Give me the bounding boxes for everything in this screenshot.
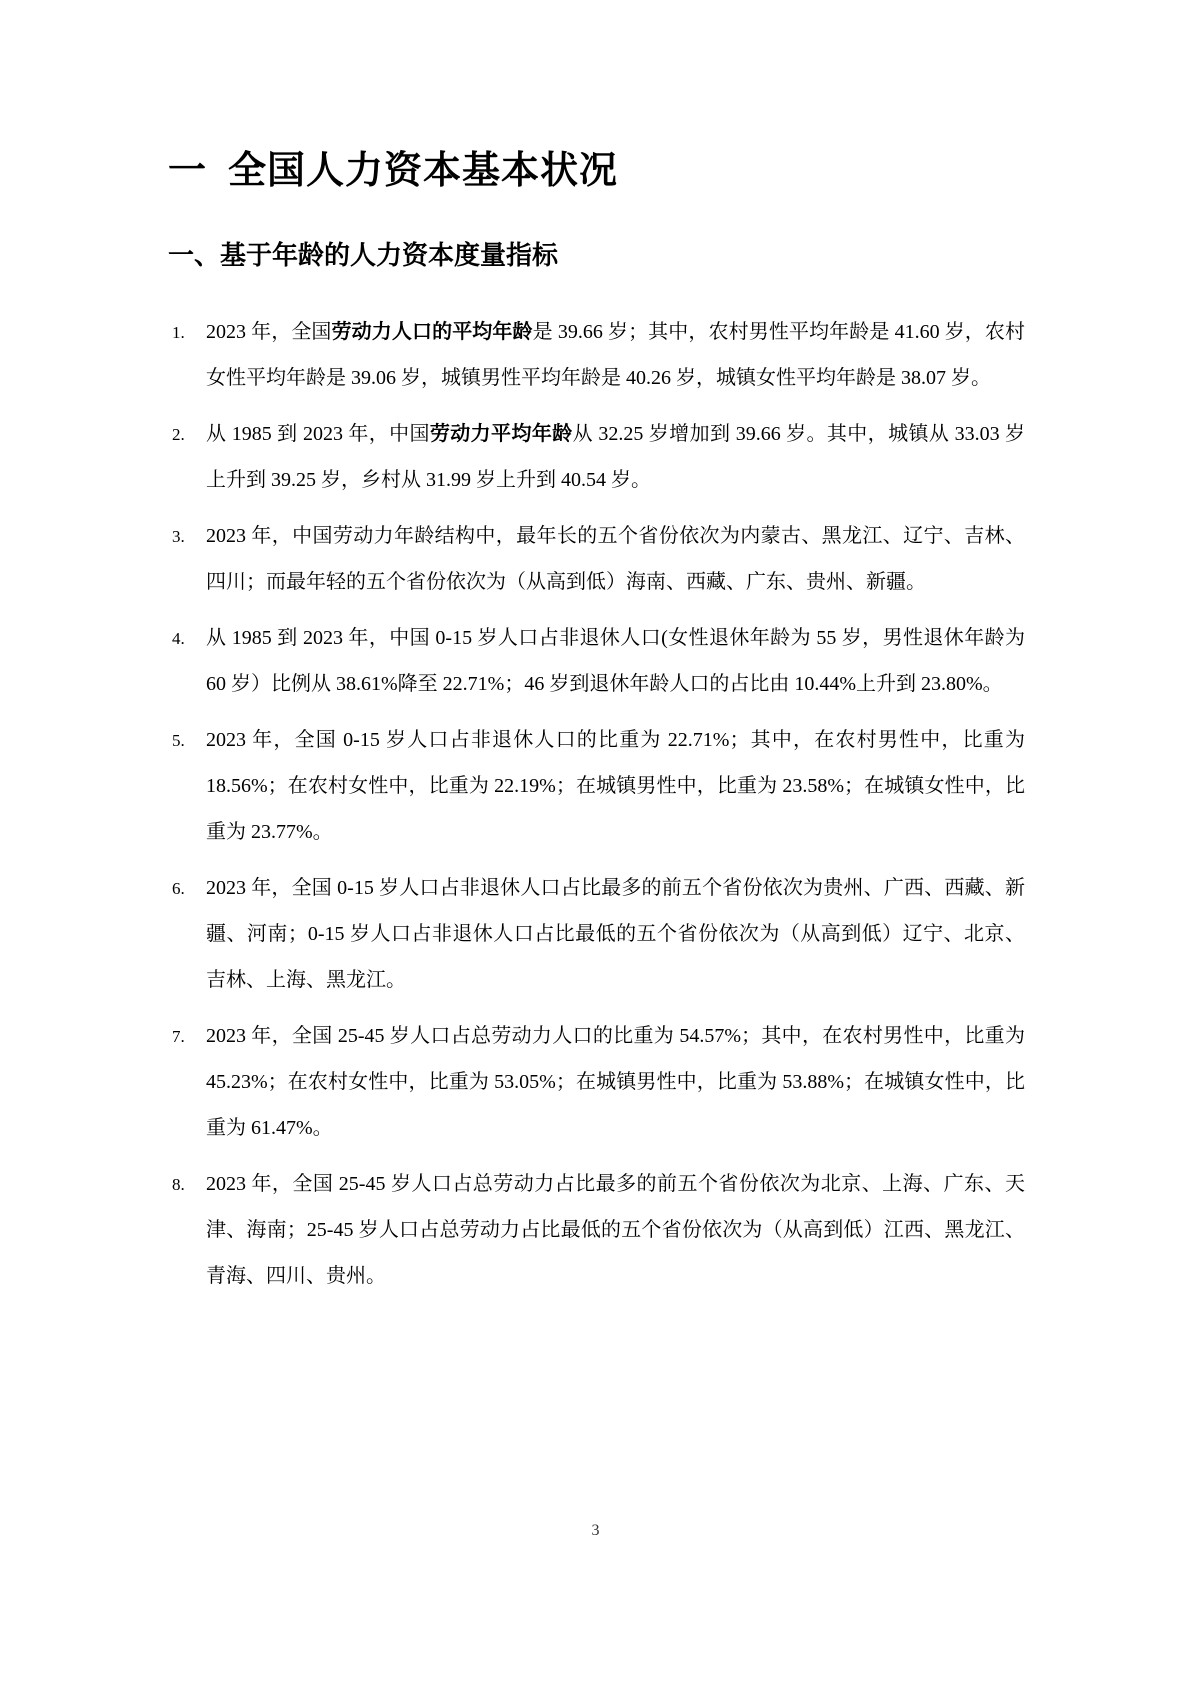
list-item: 8.2023 年，全国 25-45 岁人口占总劳动力占比最多的前五个省份依次为北… (168, 1161, 1025, 1299)
list-item-text: 2023 年，全国 25-45 岁人口占总劳动力占比最多的前五个省份依次为北京、… (206, 1173, 1025, 1287)
list-item: 6.2023 年，全国 0-15 岁人口占非退休人口占比最多的前五个省份依次为贵… (168, 865, 1025, 1003)
list-item: 3.2023 年，中国劳动力年龄结构中，最年长的五个省份依次为内蒙古、黑龙江、辽… (168, 513, 1025, 605)
list-item: 4.从 1985 到 2023 年，中国 0-15 岁人口占非退休人口(女性退休… (168, 615, 1025, 707)
list-item-number: 6. (172, 866, 185, 912)
list-item-text: 从 1985 到 2023 年，中国 0-15 岁人口占非退休人口(女性退休年龄… (206, 627, 1025, 695)
list-item-text: 2023 年，中国劳动力年龄结构中，最年长的五个省份依次为内蒙古、黑龙江、辽宁、… (206, 525, 1025, 593)
list-item-number: 1. (172, 310, 185, 356)
list-item-number: 7. (172, 1014, 185, 1060)
page-title: 一 全国人力资本基本状况 (168, 0, 1025, 201)
list-item-text: 2023 年，全国 0-15 岁人口占非退休人口的比重为 22.71%；其中，在… (206, 729, 1025, 843)
list-item-text: 2023 年，全国 0-15 岁人口占非退休人口占比最多的前五个省份依次为贵州、… (206, 877, 1025, 991)
list-item-number: 3. (172, 514, 185, 560)
page-number: 3 (0, 1522, 1191, 1540)
document-page: 一 全国人力资本基本状况 一、基于年龄的人力资本度量指标 1.2023 年，全国… (0, 0, 1191, 1684)
list-item: 7.2023 年，全国 25-45 岁人口占总劳动力人口的比重为 54.57%；… (168, 1013, 1025, 1151)
section-heading: 一、基于年龄的人力资本度量指标 (168, 239, 1025, 273)
list-item: 5.2023 年，全国 0-15 岁人口占非退休人口的比重为 22.71%；其中… (168, 717, 1025, 855)
list-item-number: 4. (172, 616, 185, 662)
list-item: 1.2023 年，全国劳动力人口的平均年龄是 39.66 岁；其中，农村男性平均… (168, 309, 1025, 401)
list-item-number: 2. (172, 412, 185, 458)
list-item-number: 5. (172, 718, 185, 764)
list-item-text: 2023 年，全国 25-45 岁人口占总劳动力人口的比重为 54.57%；其中… (206, 1025, 1025, 1139)
list-item-number: 8. (172, 1162, 185, 1208)
findings-list: 1.2023 年，全国劳动力人口的平均年龄是 39.66 岁；其中，农村男性平均… (168, 309, 1025, 1299)
list-item: 2.从 1985 到 2023 年，中国劳动力平均年龄从 32.25 岁增加到 … (168, 411, 1025, 503)
list-item-text: 从 1985 到 2023 年，中国劳动力平均年龄从 32.25 岁增加到 39… (206, 423, 1025, 491)
list-item-text: 2023 年，全国劳动力人口的平均年龄是 39.66 岁；其中，农村男性平均年龄… (206, 321, 1025, 389)
